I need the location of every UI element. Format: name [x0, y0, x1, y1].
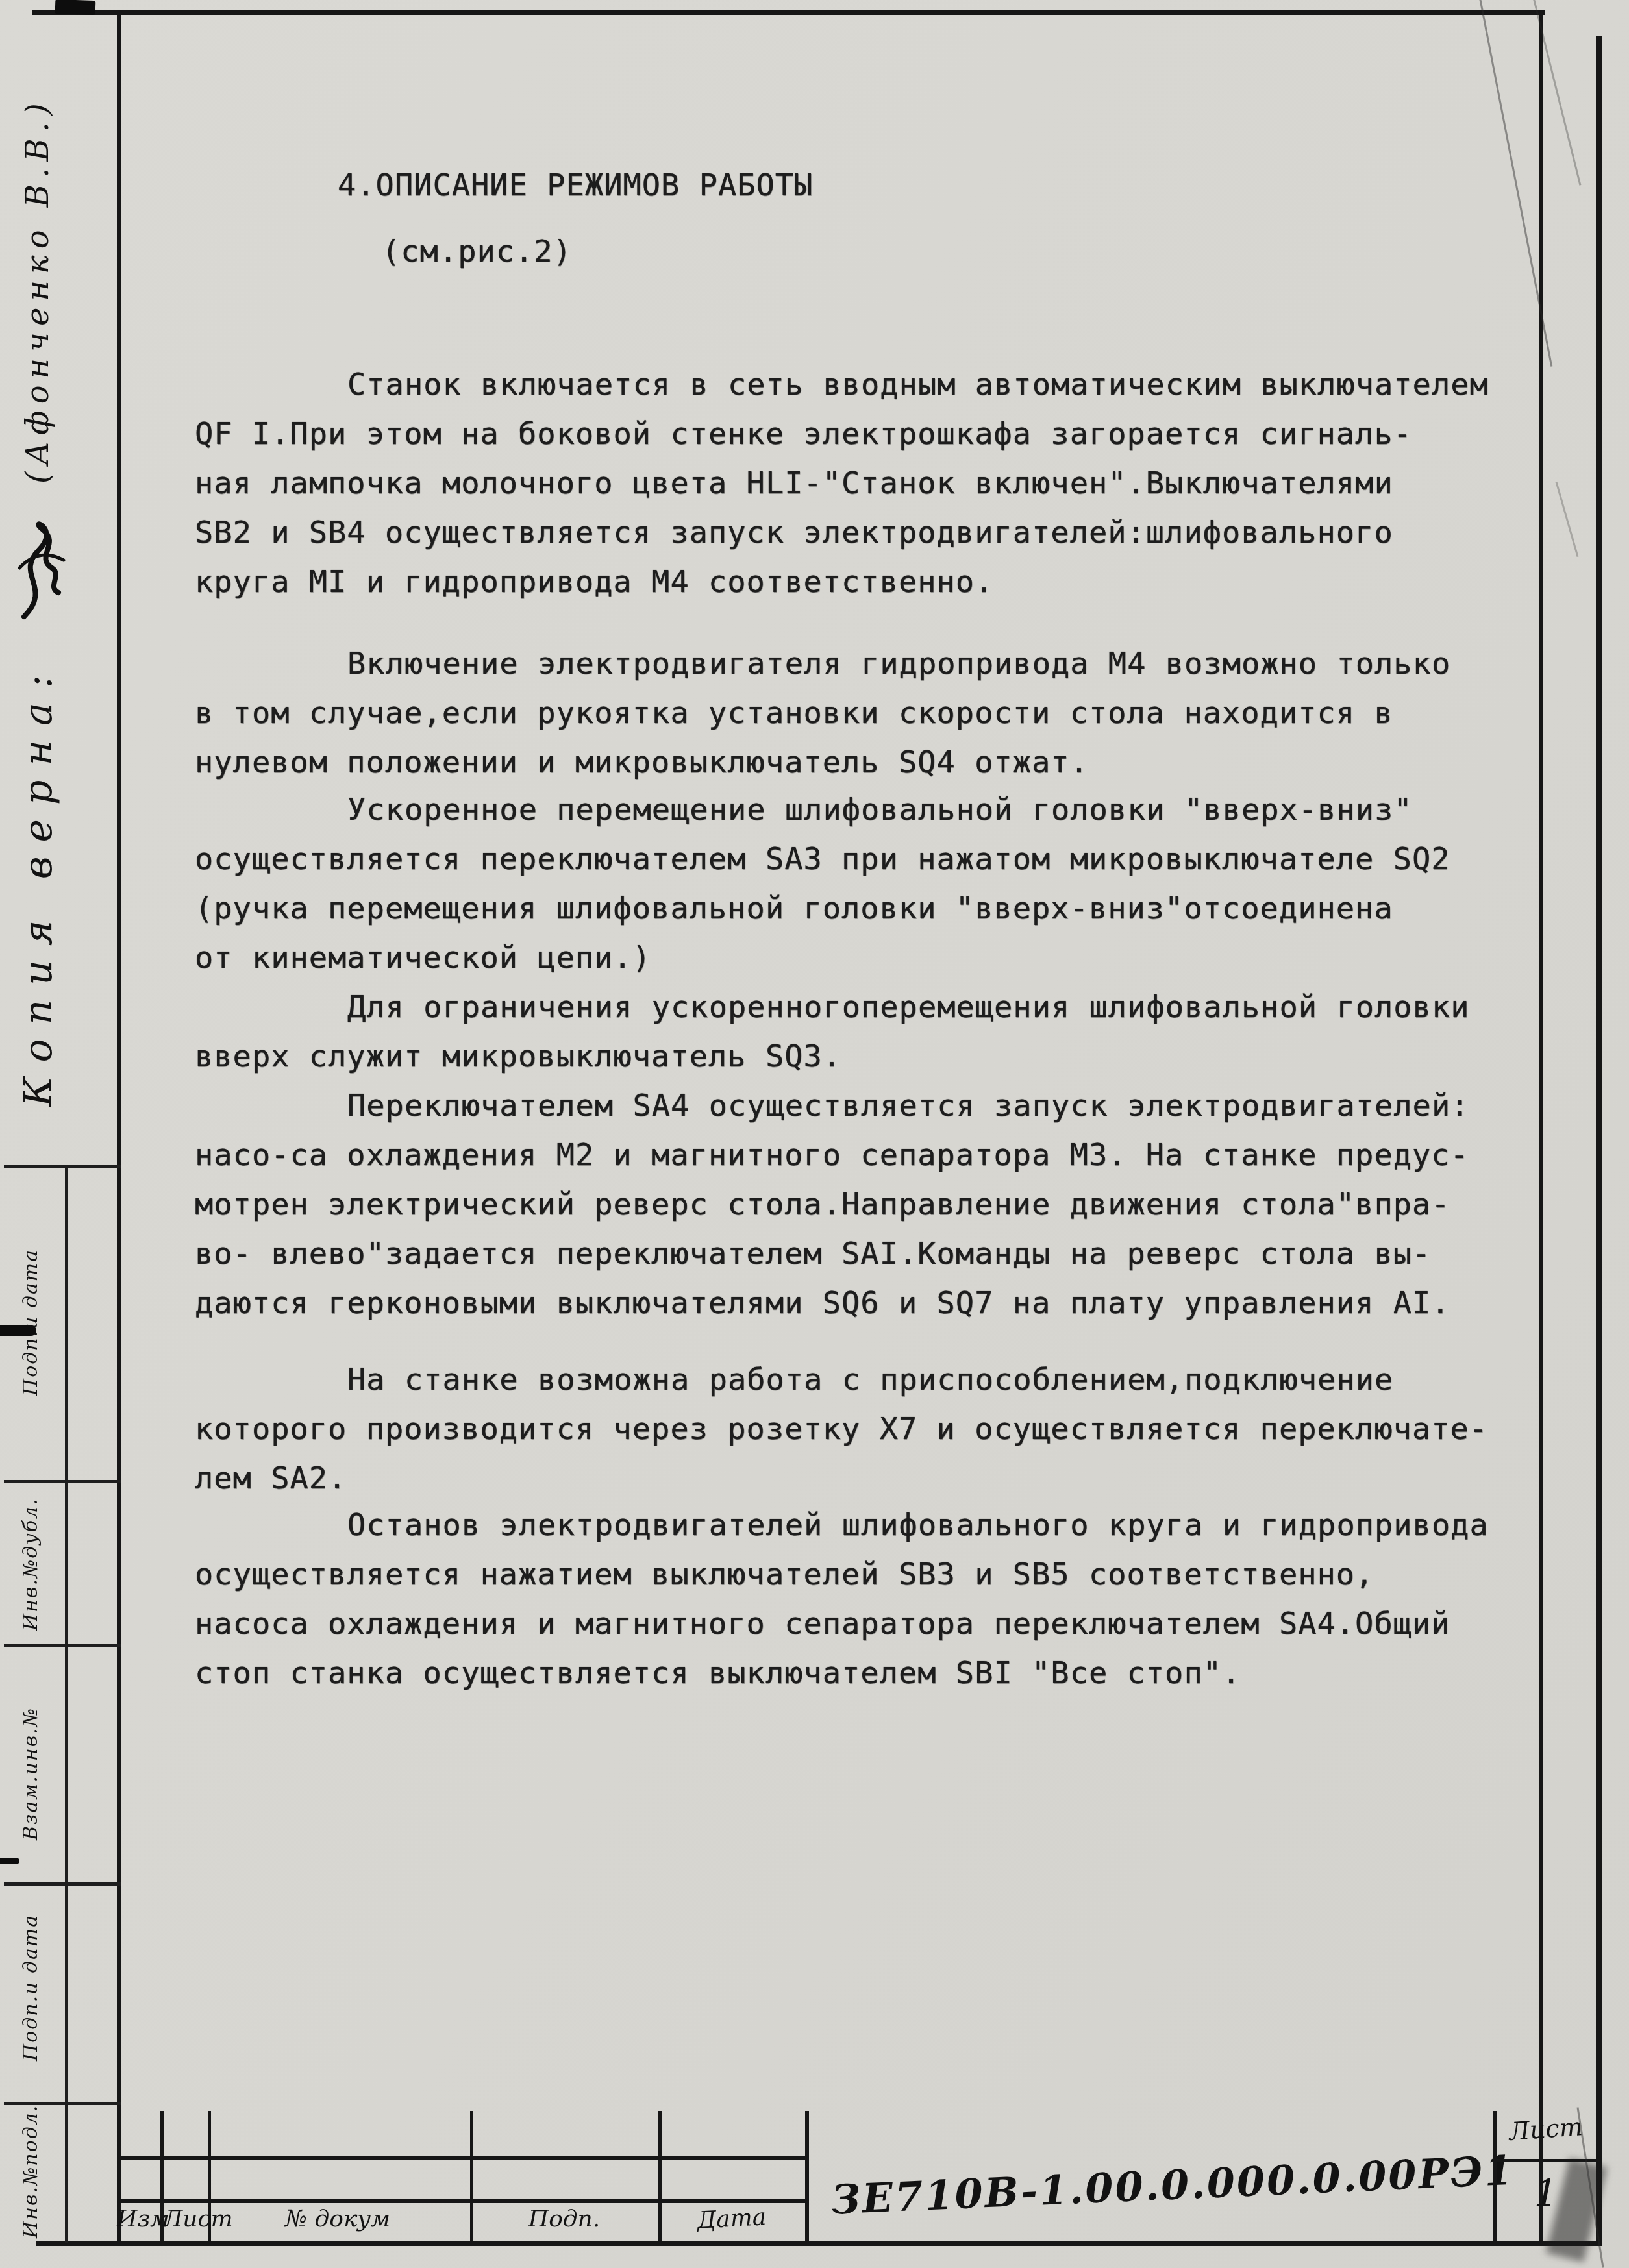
- approver-name: (Афонченко В.В.): [19, 97, 56, 484]
- revision-column-label: Лист: [162, 2206, 234, 2232]
- text-line: На станке возможна работа с приспособлен…: [195, 1355, 1552, 1405]
- text-line: лем SA2.: [195, 1454, 1552, 1503]
- text-line: во- влево"задается переключателем SAI.Ко…: [195, 1229, 1552, 1279]
- revision-table-line: [805, 2111, 809, 2241]
- stamp-column-border: [65, 1165, 68, 2243]
- text-line: мотрен электрический реверс стола.Направ…: [195, 1180, 1552, 1229]
- stamp-cell-label: Подп.и дата: [19, 1249, 42, 1396]
- text-line: круга MI и гидропривода М4 соответственн…: [195, 558, 1552, 607]
- revision-column-label: Подп.: [470, 2206, 658, 2232]
- crease-line: [1556, 482, 1579, 557]
- frame-bottom-border: [36, 2241, 1602, 2246]
- text-line: Останов электродвигателей шлифовального …: [195, 1501, 1552, 1550]
- text-line: насо-са охлаждения М2 и магнитного сепар…: [195, 1131, 1552, 1180]
- revision-table-line: [119, 2199, 807, 2203]
- text-line: осуществляется переключателем SA3 при на…: [195, 835, 1552, 884]
- document-number: ЗЕ710В-1.00.0.000.0.00РЭ1: [830, 2147, 1507, 2223]
- text-line: стоп станка осуществляется выключателем …: [195, 1649, 1552, 1698]
- frame-top-border: [32, 10, 1545, 15]
- scan-mark: [0, 1858, 19, 1864]
- stamp-cell-label: Инв.№подл.: [19, 2104, 42, 2238]
- text-line: нулевом положении и микровыключатель SQ4…: [195, 738, 1552, 787]
- stamp-cell-divider: [4, 1480, 121, 1483]
- paragraph: Включение электродвигателя гидропривода …: [195, 639, 1552, 787]
- stamp-cell-divider: [4, 1644, 121, 1647]
- paragraph: Для ограничения ускоренногоперемещения ш…: [195, 983, 1552, 1081]
- paragraph: Станок включается в сеть вводным автомат…: [195, 360, 1552, 607]
- text-line: насоса охлаждения и магнитного сепаратор…: [195, 1599, 1552, 1649]
- frame-left-border: [117, 10, 121, 2245]
- stamp-cell-divider: [4, 1165, 121, 1168]
- text-line: QF I.При этом на боковой стенке электрош…: [195, 410, 1552, 459]
- text-line: (ручка перемещения шлифовальной головки …: [195, 884, 1552, 933]
- text-line: осуществляется нажатием выключателей SB3…: [195, 1550, 1552, 1599]
- scan-mark: [55, 0, 96, 15]
- figure-reference: (см.рис.2): [382, 227, 572, 277]
- text-line: в том случае,если рукоятка установки ско…: [195, 689, 1552, 738]
- document-page: 4.ОПИСАНИЕ РЕЖИМОВ РАБОТЫ (см.рис.2) Ста…: [0, 0, 1629, 2268]
- text-line: Ускоренное перемещение шлифовальной голо…: [195, 785, 1552, 835]
- revision-column-label: Дата: [658, 2202, 806, 2236]
- revision-column-label: Изм: [117, 2206, 162, 2232]
- stamp-cell-label: Подп.и дата: [19, 1914, 42, 2061]
- text-line: от кинематической цепи.): [195, 933, 1552, 983]
- text-line: которого производится через розетку X7 и…: [195, 1405, 1552, 1454]
- paragraph: На станке возможна работа с приспособлен…: [195, 1355, 1552, 1503]
- signature-icon: [8, 490, 73, 626]
- text-line: Станок включается в сеть вводным автомат…: [195, 360, 1552, 410]
- text-line: вверх служит микровыключатель SQ3.: [195, 1032, 1552, 1081]
- text-line: Переключателем SA4 осуществляется запуск…: [195, 1081, 1552, 1131]
- frame-right-outer-border: [1596, 36, 1602, 2246]
- paragraph: Ускоренное перемещение шлифовальной голо…: [195, 785, 1552, 983]
- stamp-cell-label: Инв.№дубл.: [19, 1498, 42, 1631]
- paragraph: Переключателем SA4 осуществляется запуск…: [195, 1081, 1552, 1328]
- text-line: ная лампочка молочного цвета HLI-"Станок…: [195, 459, 1552, 508]
- text-line: даются герконовыми выключателями SQ6 и S…: [195, 1279, 1552, 1328]
- stamp-cell-label: Взам.инв.№: [19, 1707, 42, 1840]
- scan-mark: [0, 1325, 36, 1336]
- paragraph: Останов электродвигателей шлифовального …: [195, 1501, 1552, 1698]
- page-title: 4.ОПИСАНИЕ РЕЖИМОВ РАБОТЫ: [338, 161, 813, 210]
- copy-certification-note: Копия верна:: [16, 661, 61, 1107]
- text-line: Для ограничения ускоренногоперемещения ш…: [195, 983, 1552, 1032]
- revision-column-label: № докум: [240, 2206, 435, 2232]
- text-line: SB2 и SB4 осуществляется запуск электрод…: [195, 508, 1552, 558]
- stamp-cell-divider: [4, 1882, 121, 1886]
- text-line: Включение электродвигателя гидропривода …: [195, 639, 1552, 689]
- revision-table-line: [119, 2156, 807, 2160]
